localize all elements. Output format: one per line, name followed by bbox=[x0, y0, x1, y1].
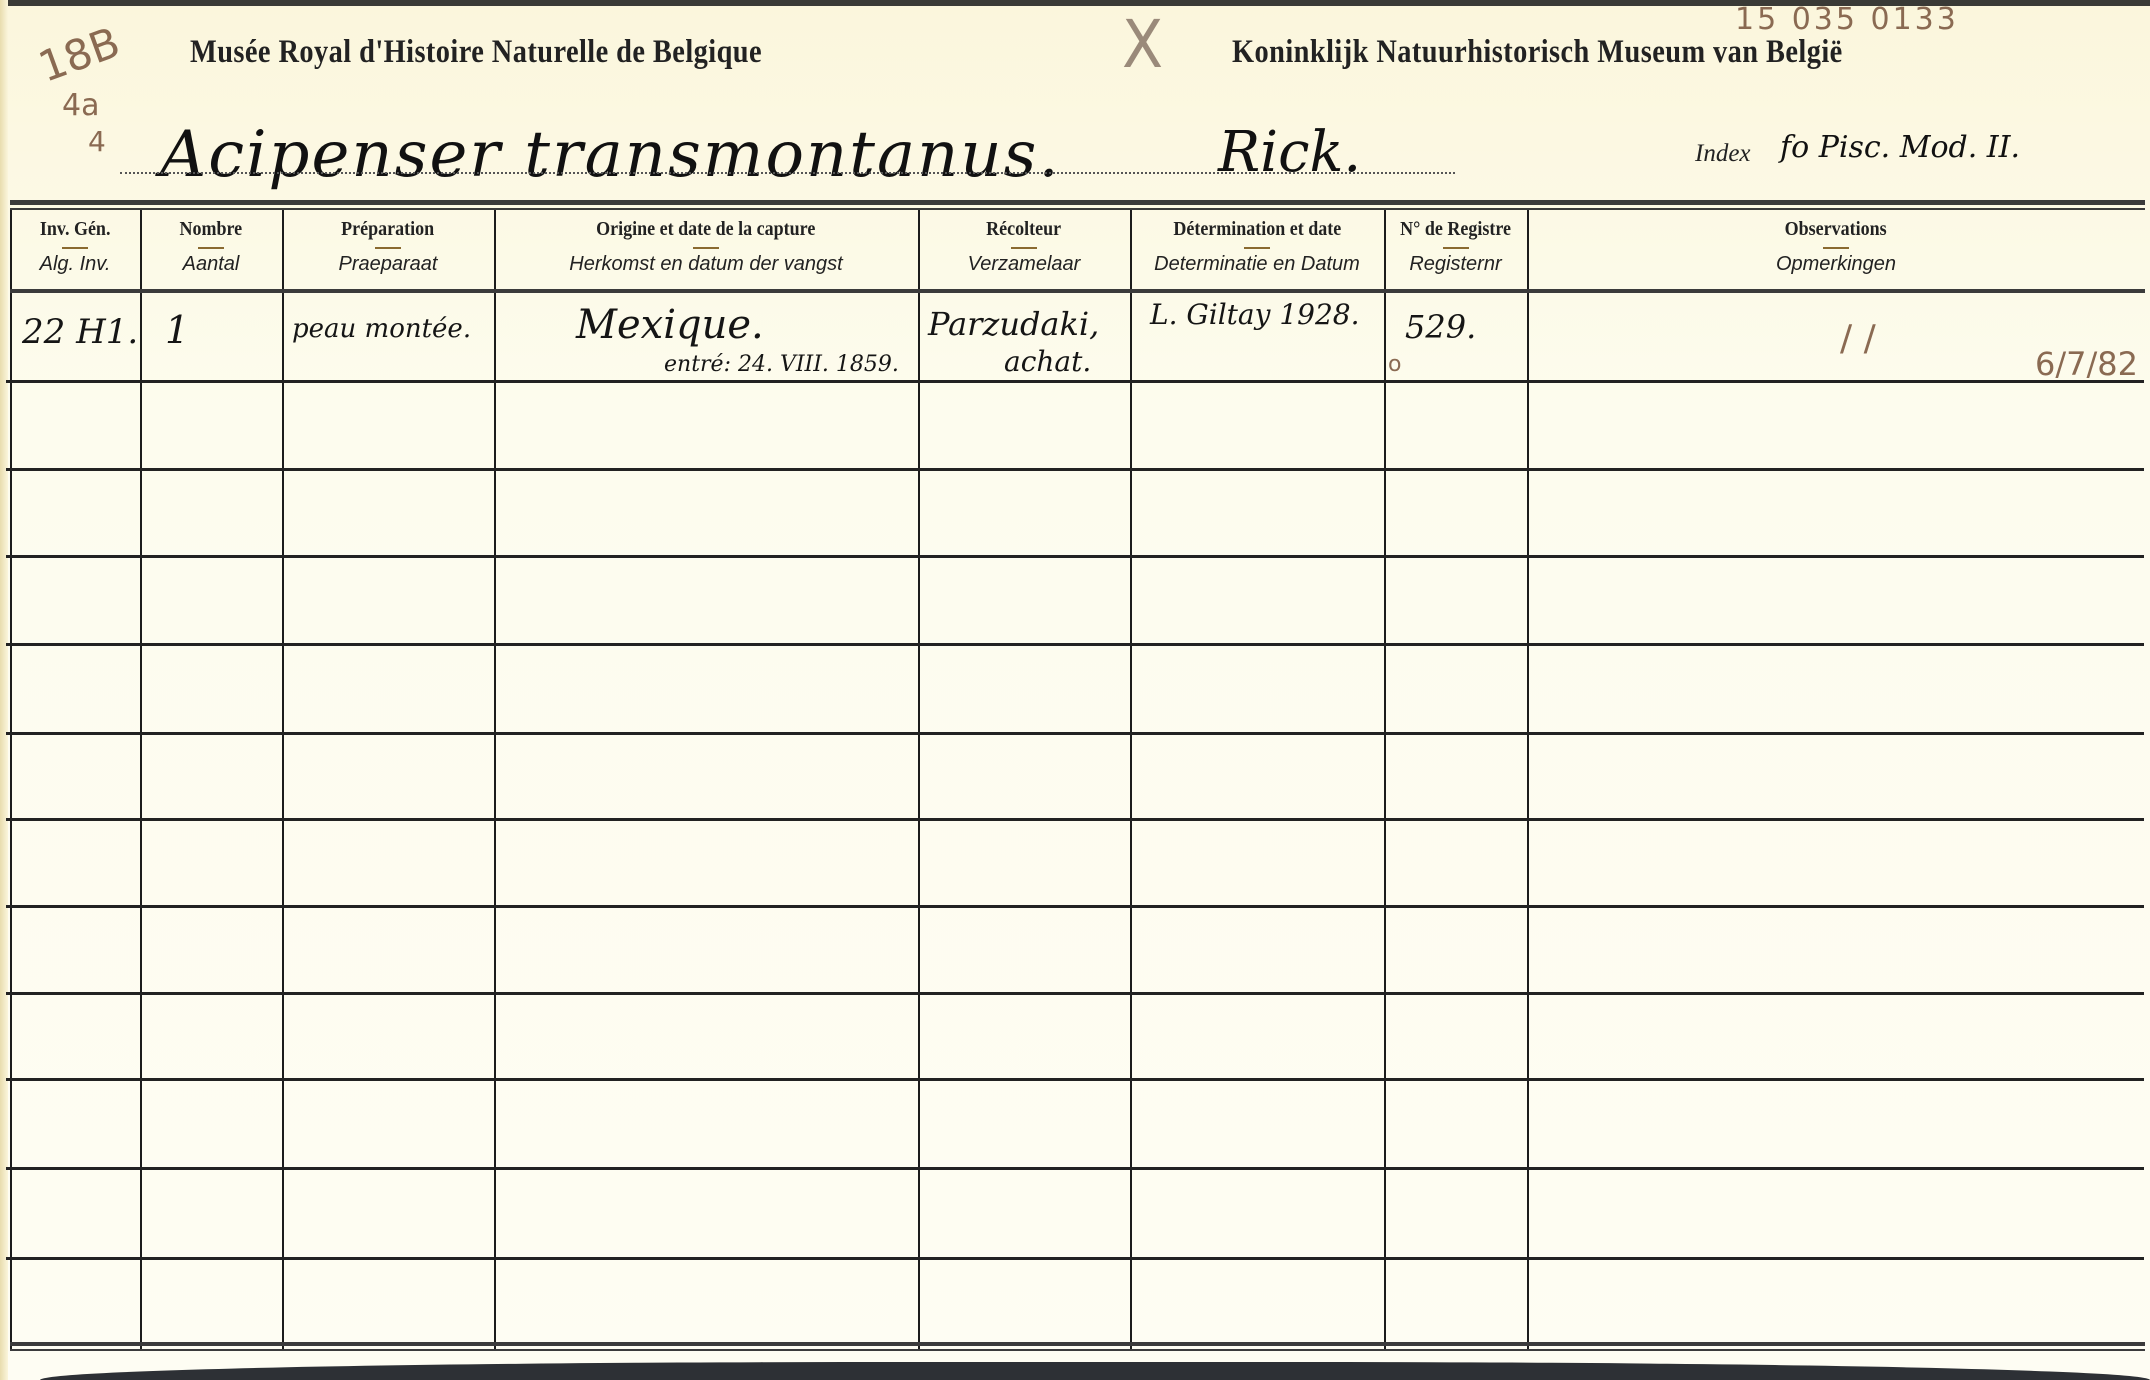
column-header-fr: Nombre bbox=[180, 218, 243, 241]
card-bottom-edge bbox=[40, 1362, 2150, 1380]
column-header-nl: Praeparaat bbox=[339, 253, 438, 276]
row-divider bbox=[6, 992, 2144, 995]
column-header-fr: Préparation bbox=[342, 218, 435, 241]
row-divider bbox=[6, 643, 2144, 646]
column-header-fr: Origine et date de la capture bbox=[596, 218, 815, 241]
table-bottom-rule bbox=[10, 1342, 2145, 1351]
cell-preparation: peau montée. bbox=[292, 314, 471, 344]
cell-origine-date: entré: 24. VIII. 1859. bbox=[664, 352, 899, 377]
column-header-determination: Détermination et date Determinatie en Da… bbox=[1130, 218, 1384, 276]
column-header-observations: Observations Opmerkingen bbox=[1527, 218, 2145, 276]
header-dash bbox=[375, 247, 401, 249]
column-header-fr: Observations bbox=[1785, 218, 1887, 241]
cell-recolteur-note: achat. bbox=[1004, 345, 1091, 378]
row-divider bbox=[6, 1257, 2144, 1260]
column-header-inv: Inv. Gén. Alg. Inv. bbox=[10, 218, 140, 276]
column-header-fr: N° de Registre bbox=[1400, 218, 1511, 241]
column-header-fr: Récolteur bbox=[987, 218, 1062, 241]
pencil-note-4a: 4a bbox=[62, 88, 99, 123]
cell-recolteur: Parzudaki, bbox=[928, 305, 1099, 343]
column-header-nombre: Nombre Aantal bbox=[140, 218, 282, 276]
row-divider bbox=[6, 380, 2144, 383]
header-dash bbox=[693, 247, 719, 249]
cell-observations-date: 6/7/82 bbox=[2035, 345, 2138, 383]
institution-title-fr: Musée Royal d'Histoire Naturelle de Belg… bbox=[190, 34, 762, 71]
row-divider bbox=[6, 732, 2144, 735]
row-divider bbox=[6, 468, 2144, 471]
row-divider bbox=[6, 818, 2144, 821]
column-header-nl: Opmerkingen bbox=[1776, 253, 1896, 276]
cell-determination: L. Giltay 1928. bbox=[1150, 298, 1360, 331]
pencil-cross-mark: X bbox=[1122, 7, 1163, 84]
pencil-catalog-number: 15 035 0133 bbox=[1735, 2, 1959, 37]
column-header-recolteur: Récolteur Verzamelaar bbox=[918, 218, 1130, 276]
index-value: fo Pisc. Mod. II. bbox=[1780, 130, 2020, 165]
row-divider bbox=[6, 905, 2144, 908]
column-header-fr: Détermination et date bbox=[1173, 218, 1341, 241]
column-header-nl: Verzamelaar bbox=[968, 253, 1081, 276]
header-dash bbox=[62, 247, 88, 249]
pencil-note-18b: 18B bbox=[32, 17, 126, 91]
header-dash bbox=[1823, 247, 1849, 249]
row-divider bbox=[6, 1078, 2144, 1081]
header-double-rule bbox=[10, 200, 2145, 210]
header-dash bbox=[1443, 247, 1469, 249]
column-header-nl: Registernr bbox=[1409, 253, 1501, 276]
index-label: Index bbox=[1695, 140, 1751, 168]
column-header-nl: Alg. Inv. bbox=[40, 253, 111, 276]
species-author: Rick. bbox=[1218, 120, 1361, 185]
column-header-preparation: Préparation Praeparaat bbox=[282, 218, 494, 276]
column-header-nl: Determinatie en Datum bbox=[1154, 253, 1360, 276]
institution-title-nl: Koninklijk Natuurhistorisch Museum van B… bbox=[1232, 34, 1843, 71]
column-header-origine: Origine et date de la capture Herkomst e… bbox=[494, 218, 918, 276]
column-header-fr: Inv. Gén. bbox=[40, 218, 111, 241]
header-dash bbox=[1011, 247, 1037, 249]
column-header-nl: Herkomst en datum der vangst bbox=[569, 253, 842, 276]
cell-nombre: 1 bbox=[165, 308, 189, 352]
column-header-registre: N° de Registre Registernr bbox=[1384, 218, 1527, 276]
specimen-index-card: 18B 4a 4 15 035 0133 X Musée Royal d'His… bbox=[0, 0, 2150, 1380]
header-dash bbox=[1244, 247, 1270, 249]
row-divider bbox=[6, 555, 2144, 558]
header-dash bbox=[198, 247, 224, 249]
species-name: Acipenser transmontanus. bbox=[160, 118, 1061, 192]
column-header-rule bbox=[10, 289, 2145, 293]
cell-observations: / / bbox=[1840, 318, 1876, 359]
card-left-edge bbox=[0, 0, 8, 1380]
cell-origine: Mexique. bbox=[576, 302, 764, 348]
cell-inv-number: 22 H1. bbox=[22, 312, 138, 352]
row-divider bbox=[6, 1167, 2144, 1170]
pencil-note-4: 4 bbox=[88, 125, 106, 158]
cell-registre: 529. bbox=[1405, 308, 1476, 346]
column-header-nl: Aantal bbox=[183, 253, 240, 276]
species-dotted-line bbox=[120, 172, 1455, 174]
cell-registre-mark: o bbox=[1388, 352, 1401, 377]
